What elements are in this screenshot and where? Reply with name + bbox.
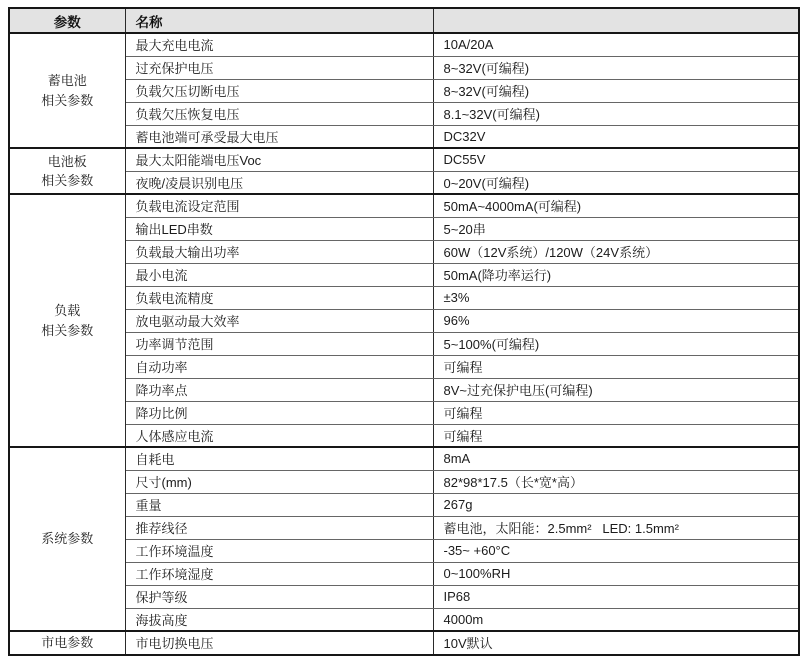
param-name-cell: 工作环境温度 xyxy=(125,539,433,562)
header-cell-name: 名称 xyxy=(125,8,433,33)
table-row: 蓄电池 相关参数最大充电电流10A/20A xyxy=(9,33,799,56)
param-name-cell: 负载欠压切断电压 xyxy=(125,79,433,102)
param-value-cell: -35~ +60°C xyxy=(433,539,799,562)
header-row: 参数 名称 xyxy=(9,8,799,33)
param-name-cell: 重量 xyxy=(125,493,433,516)
param-name-cell: 自动功率 xyxy=(125,355,433,378)
param-name-cell: 最小电流 xyxy=(125,263,433,286)
param-value-cell: 8~32V(可编程) xyxy=(433,79,799,102)
param-value-cell: DC32V xyxy=(433,125,799,148)
param-value-cell: 5~20串 xyxy=(433,217,799,240)
table-row: 过充保护电压8~32V(可编程) xyxy=(9,56,799,79)
param-name-cell: 最大太阳能端电压Voc xyxy=(125,148,433,171)
param-name-cell: 海拔高度 xyxy=(125,608,433,631)
param-name-cell: 夜晚/凌晨识别电压 xyxy=(125,171,433,194)
param-value-cell: 0~20V(可编程) xyxy=(433,171,799,194)
param-name-cell: 负载电流精度 xyxy=(125,286,433,309)
table-row: 重量267g xyxy=(9,493,799,516)
table-row: 自动功率可编程 xyxy=(9,355,799,378)
category-cell: 系统参数 xyxy=(9,447,125,631)
table-row: 负载欠压切断电压8~32V(可编程) xyxy=(9,79,799,102)
spec-sheet-page: 参数 名称 蓄电池 相关参数最大充电电流10A/20A过充保护电压8~32V(可… xyxy=(0,0,805,660)
param-value-cell: 0~100%RH xyxy=(433,562,799,585)
table-row: 系统参数自耗电8mA xyxy=(9,447,799,470)
param-name-cell: 人体感应电流 xyxy=(125,424,433,447)
table-row: 尺寸(mm)82*98*17.5（长*宽*高） xyxy=(9,470,799,493)
param-name-cell: 过充保护电压 xyxy=(125,56,433,79)
param-value-cell: 4000m xyxy=(433,608,799,631)
table-row: 功率调节范围5~100%(可编程) xyxy=(9,332,799,355)
table-row: 负载 相关参数负载电流设定范围50mA~4000mA(可编程) xyxy=(9,194,799,217)
table-row: 降功比例可编程 xyxy=(9,401,799,424)
table-row: 人体感应电流可编程 xyxy=(9,424,799,447)
table-row: 推荐线径蓄电池，太阳能：2.5mm² LED: 1.5mm² xyxy=(9,516,799,539)
table-row: 电池板 相关参数最大太阳能端电压VocDC55V xyxy=(9,148,799,171)
param-name-cell: 保护等级 xyxy=(125,585,433,608)
param-value-cell: 8V~过充保护电压(可编程) xyxy=(433,378,799,401)
table-row: 市电参数市电切换电压10V默认 xyxy=(9,631,799,655)
param-name-cell: 降功率点 xyxy=(125,378,433,401)
table-row: 最小电流50mA(降功率运行) xyxy=(9,263,799,286)
param-value-cell: 可编程 xyxy=(433,355,799,378)
param-name-cell: 市电切换电压 xyxy=(125,631,433,655)
param-name-cell: 输出LED串数 xyxy=(125,217,433,240)
param-name-cell: 最大充电电流 xyxy=(125,33,433,56)
table-row: 夜晚/凌晨识别电压0~20V(可编程) xyxy=(9,171,799,194)
param-value-cell: 5~100%(可编程) xyxy=(433,332,799,355)
param-value-cell: 267g xyxy=(433,493,799,516)
header-cell-value xyxy=(433,8,799,33)
table-row: 负载电流精度±3% xyxy=(9,286,799,309)
table-row: 降功率点8V~过充保护电压(可编程) xyxy=(9,378,799,401)
param-name-cell: 降功比例 xyxy=(125,401,433,424)
param-value-cell: 8~32V(可编程) xyxy=(433,56,799,79)
param-value-cell: IP68 xyxy=(433,585,799,608)
param-value-cell: 8.1~32V(可编程) xyxy=(433,102,799,125)
spec-table-body: 蓄电池 相关参数最大充电电流10A/20A过充保护电压8~32V(可编程)负载欠… xyxy=(9,33,799,655)
spec-table: 参数 名称 蓄电池 相关参数最大充电电流10A/20A过充保护电压8~32V(可… xyxy=(8,7,800,656)
param-value-cell: 96% xyxy=(433,309,799,332)
category-cell: 蓄电池 相关参数 xyxy=(9,33,125,148)
param-value-cell: 10A/20A xyxy=(433,33,799,56)
param-value-cell: 可编程 xyxy=(433,424,799,447)
param-name-cell: 尺寸(mm) xyxy=(125,470,433,493)
param-value-cell: DC55V xyxy=(433,148,799,171)
param-name-cell: 工作环境湿度 xyxy=(125,562,433,585)
table-row: 工作环境温度-35~ +60°C xyxy=(9,539,799,562)
table-row: 负载最大输出功率60W（12V系统）/120W（24V系统） xyxy=(9,240,799,263)
category-cell: 市电参数 xyxy=(9,631,125,655)
table-row: 保护等级IP68 xyxy=(9,585,799,608)
table-row: 负载欠压恢复电压8.1~32V(可编程) xyxy=(9,102,799,125)
param-value-cell: 8mA xyxy=(433,447,799,470)
table-row: 工作环境湿度0~100%RH xyxy=(9,562,799,585)
param-value-cell: ±3% xyxy=(433,286,799,309)
param-name-cell: 放电驱动最大效率 xyxy=(125,309,433,332)
param-value-cell: 可编程 xyxy=(433,401,799,424)
table-row: 蓄电池端可承受最大电压DC32V xyxy=(9,125,799,148)
param-name-cell: 负载最大输出功率 xyxy=(125,240,433,263)
table-row: 海拔高度4000m xyxy=(9,608,799,631)
param-name-cell: 负载电流设定范围 xyxy=(125,194,433,217)
param-value-cell: 50mA~4000mA(可编程) xyxy=(433,194,799,217)
param-name-cell: 自耗电 xyxy=(125,447,433,470)
category-cell: 负载 相关参数 xyxy=(9,194,125,447)
spec-table-header: 参数 名称 xyxy=(9,8,799,33)
param-name-cell: 负载欠压恢复电压 xyxy=(125,102,433,125)
category-cell: 电池板 相关参数 xyxy=(9,148,125,194)
header-cell-param: 参数 xyxy=(9,8,125,33)
param-value-cell: 10V默认 xyxy=(433,631,799,655)
param-name-cell: 功率调节范围 xyxy=(125,332,433,355)
param-value-cell: 蓄电池，太阳能：2.5mm² LED: 1.5mm² xyxy=(433,516,799,539)
table-row: 输出LED串数5~20串 xyxy=(9,217,799,240)
param-value-cell: 82*98*17.5（长*宽*高） xyxy=(433,470,799,493)
param-name-cell: 推荐线径 xyxy=(125,516,433,539)
param-name-cell: 蓄电池端可承受最大电压 xyxy=(125,125,433,148)
param-value-cell: 50mA(降功率运行) xyxy=(433,263,799,286)
table-row: 放电驱动最大效率96% xyxy=(9,309,799,332)
param-value-cell: 60W（12V系统）/120W（24V系统） xyxy=(433,240,799,263)
